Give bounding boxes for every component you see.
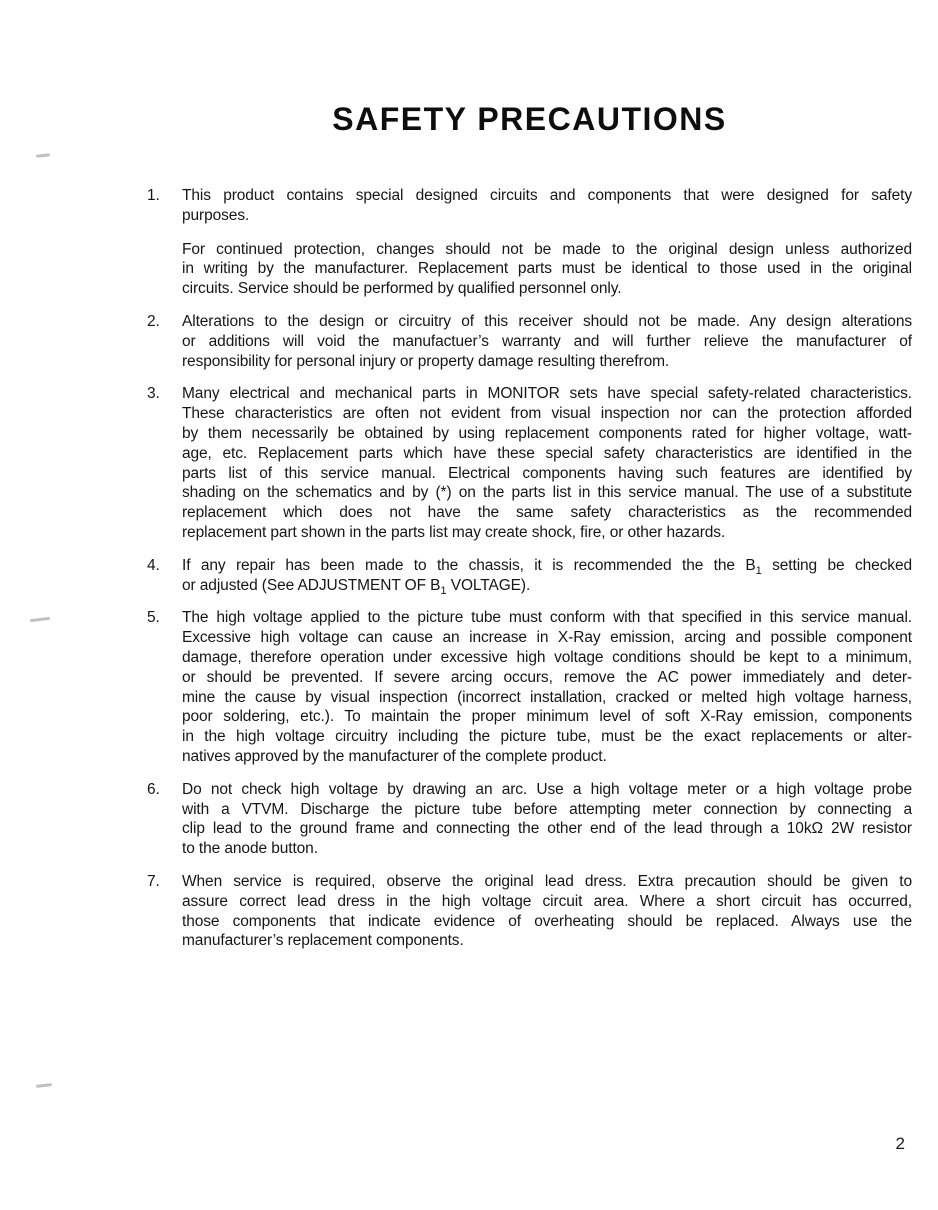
text-line: mine the cause by visual inspection (inc…: [182, 688, 912, 708]
item-number: 2.: [147, 312, 182, 371]
item-text: When service is required, observe the or…: [182, 872, 912, 951]
text-line: poor soldering, etc.). To maintain the p…: [182, 707, 912, 727]
paragraph: Many electrical and mechanical parts in …: [182, 384, 912, 542]
text-line: parts list of this service manual. Elect…: [182, 464, 912, 484]
text-line: For continued protection, changes should…: [182, 240, 912, 260]
text-line: to the anode button.: [182, 839, 912, 859]
page-title: SAFETY PRECAUTIONS: [147, 98, 912, 140]
item-text: Do not check high voltage by drawing an …: [182, 780, 912, 859]
text-line: those components that indicate evidence …: [182, 912, 912, 932]
item-number: 3.: [147, 384, 182, 542]
text-line: or should be prevented. If severe arcing…: [182, 668, 912, 688]
text-line: responsibility for personal injury or pr…: [182, 352, 912, 372]
item-number: 6.: [147, 780, 182, 859]
item-text: The high voltage applied to the picture …: [182, 608, 912, 766]
paragraph: Alterations to the design or circuitry o…: [182, 312, 912, 371]
item-number: 4.: [147, 556, 182, 596]
page-content: SAFETY PRECAUTIONS 1.This product contai…: [147, 0, 912, 964]
paragraph: This product contains special designed c…: [182, 186, 912, 226]
paragraph: When service is required, observe the or…: [182, 872, 912, 951]
text-line: age, etc. Replacement parts which have t…: [182, 444, 912, 464]
item-text: Alterations to the design or circuitry o…: [182, 312, 912, 371]
page-number: 2: [896, 1134, 905, 1154]
text-line: in the high voltage circuitry including …: [182, 727, 912, 747]
text-line: When service is required, observe the or…: [182, 872, 912, 892]
text-line: replacement part shown in the parts list…: [182, 523, 912, 543]
text-line: shading on the schematics and by (*) on …: [182, 483, 912, 503]
list-item: 4.If any repair has been made to the cha…: [147, 556, 912, 596]
text-line: damage, therefore operation under excess…: [182, 648, 912, 668]
margin-scan-mark: [36, 153, 50, 158]
text-line: purposes.: [182, 206, 912, 226]
text-line: Many electrical and mechanical parts in …: [182, 384, 912, 404]
item-number: 1.: [147, 186, 182, 299]
list-item: 7.When service is required, observe the …: [147, 872, 912, 951]
text-line: manufacturer’s replacement components.: [182, 931, 912, 951]
paragraph: Do not check high voltage by drawing an …: [182, 780, 912, 859]
text-line: These characteristics are often not evid…: [182, 404, 912, 424]
text-line: clip lead to the ground frame and connec…: [182, 819, 912, 839]
text-line: natives approved by the manufacturer of …: [182, 747, 912, 767]
text-line: by them necessarily be obtained by using…: [182, 424, 912, 444]
paragraph: For continued protection, changes should…: [182, 240, 912, 299]
margin-scan-mark: [30, 617, 50, 622]
paragraph: The high voltage applied to the picture …: [182, 608, 912, 766]
text-line: with a VTVM. Discharge the picture tube …: [182, 800, 912, 820]
list-item: 2.Alterations to the design or circuitry…: [147, 312, 912, 371]
list-item: 5.The high voltage applied to the pictur…: [147, 608, 912, 766]
text-line: or adjusted (See ADJUSTMENT OF B1 VOLTAG…: [182, 576, 912, 596]
list-item: 1.This product contains special designed…: [147, 186, 912, 299]
item-text: Many electrical and mechanical parts in …: [182, 384, 912, 542]
text-line: circuits. Service should be performed by…: [182, 279, 912, 299]
item-number: 7.: [147, 872, 182, 951]
list-item: 3.Many electrical and mechanical parts i…: [147, 384, 912, 542]
text-line: This product contains special designed c…: [182, 186, 912, 206]
text-line: Alterations to the design or circuitry o…: [182, 312, 912, 332]
text-line: Excessive high voltage can cause an incr…: [182, 628, 912, 648]
text-line: If any repair has been made to the chass…: [182, 556, 912, 576]
margin-scan-mark: [36, 1083, 52, 1088]
text-line: in writing by the manufacturer. Replacem…: [182, 259, 912, 279]
item-text: If any repair has been made to the chass…: [182, 556, 912, 596]
item-text: This product contains special designed c…: [182, 186, 912, 299]
text-line: The high voltage applied to the picture …: [182, 608, 912, 628]
text-line: replacement which does not have the same…: [182, 503, 912, 523]
precautions-list: 1.This product contains special designed…: [147, 186, 912, 951]
text-line: assure correct lead dress in the high vo…: [182, 892, 912, 912]
text-line: or additions will void the manufactuer’s…: [182, 332, 912, 352]
text-line: Do not check high voltage by drawing an …: [182, 780, 912, 800]
list-item: 6.Do not check high voltage by drawing a…: [147, 780, 912, 859]
paragraph: If any repair has been made to the chass…: [182, 556, 912, 596]
document-page: SAFETY PRECAUTIONS 1.This product contai…: [0, 0, 938, 1210]
item-number: 5.: [147, 608, 182, 766]
